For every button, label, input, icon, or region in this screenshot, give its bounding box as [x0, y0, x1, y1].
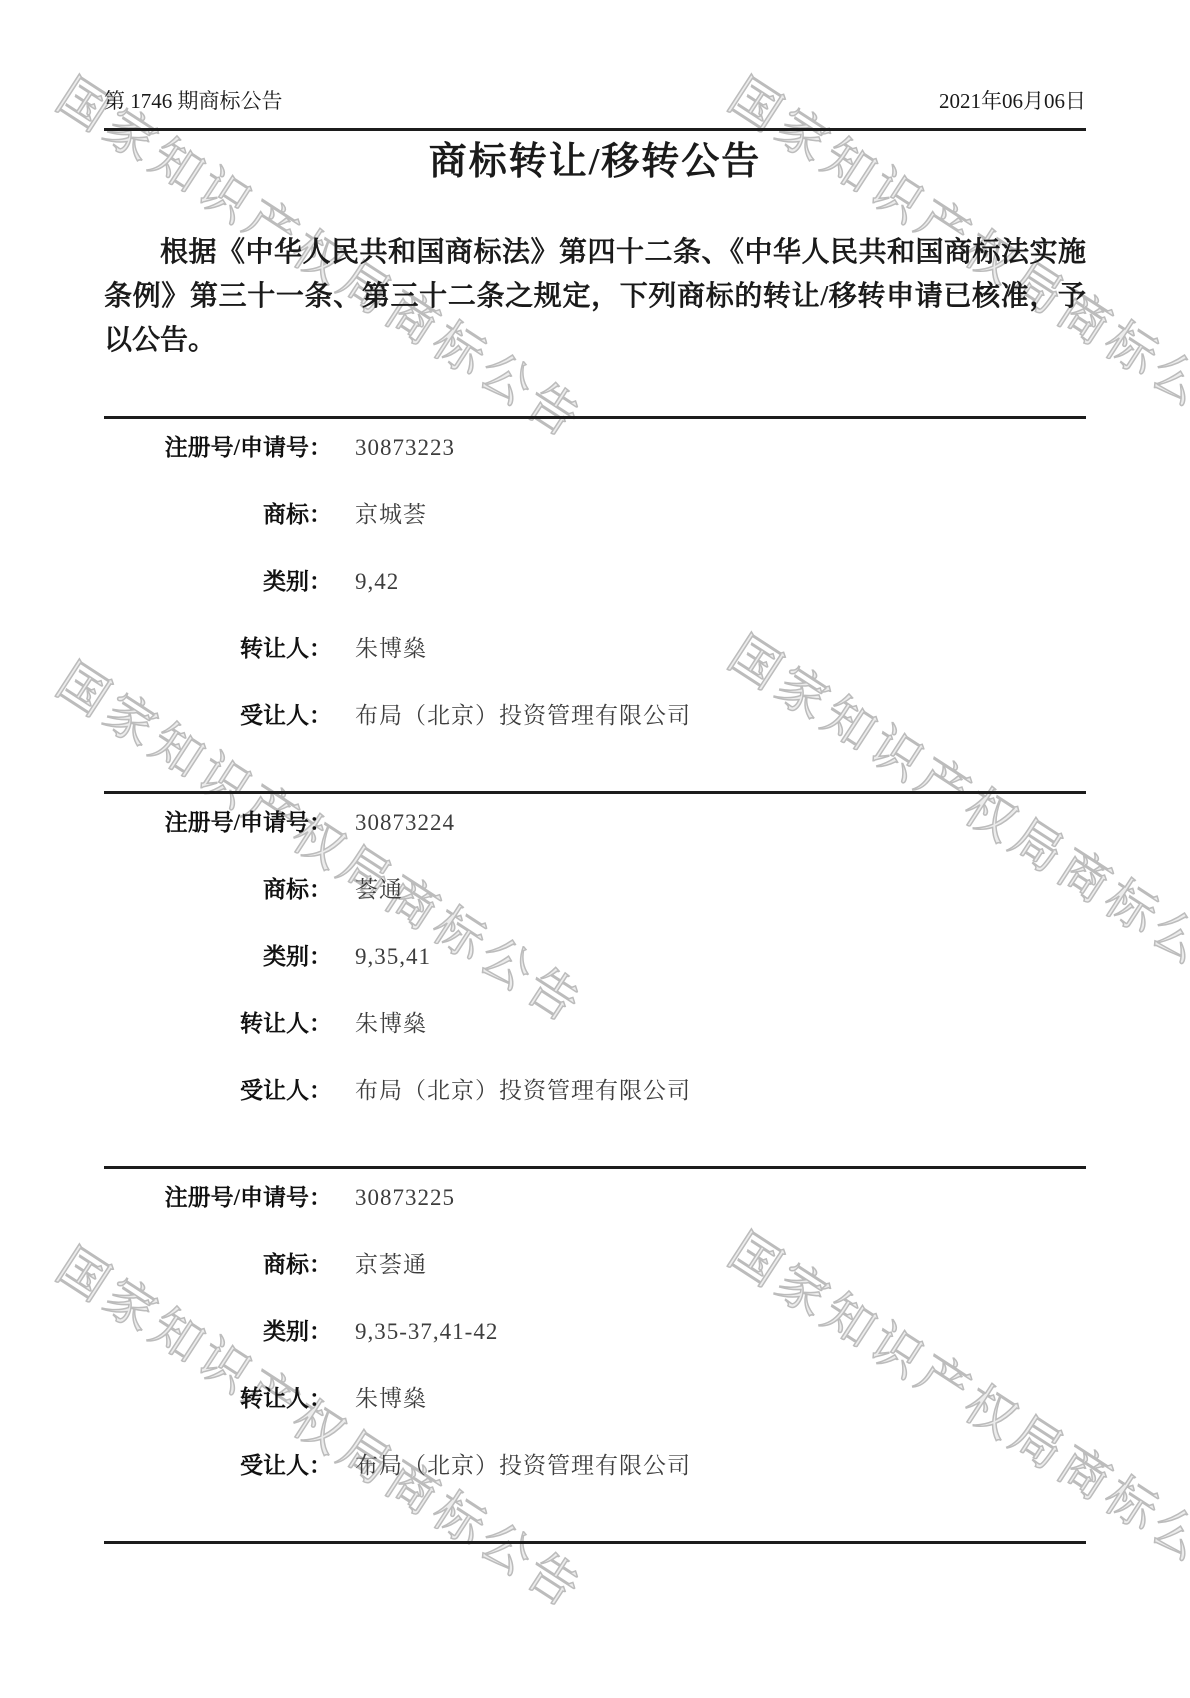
assignor-row: 转让人： 朱博燊 [104, 1387, 1086, 1411]
reg-no-row: 注册号/申请号： 30873224 [104, 811, 1086, 835]
reg-no-row: 注册号/申请号： 30873225 [104, 1186, 1086, 1210]
class-label: 类别： [104, 945, 332, 969]
class-value: 9,35-37,41-42 [355, 1320, 498, 1344]
header-divider [104, 128, 1086, 131]
assignee-value: 布局（北京）投资管理有限公司 [355, 704, 691, 728]
assignor-value: 朱博燊 [355, 1012, 427, 1036]
trademark-value: 荟通 [355, 878, 403, 902]
class-label: 类别： [104, 570, 332, 594]
record-2: 注册号/申请号： 30873224 商标： 荟通 类别： 9,35,41 转让人… [104, 791, 1086, 1166]
page-content: 第 1746 期商标公告 2021年06月06日 商标转让/移转公告 根据《中华… [104, 0, 1086, 1544]
trademark-value: 京城荟 [355, 503, 427, 527]
assignor-value: 朱博燊 [355, 637, 427, 661]
class-label: 类别： [104, 1320, 332, 1344]
reg-no-value: 30873225 [355, 1186, 455, 1210]
assignee-value: 布局（北京）投资管理有限公司 [355, 1454, 691, 1478]
assignee-row: 受让人： 布局（北京）投资管理有限公司 [104, 704, 1086, 728]
class-value: 9,35,41 [355, 945, 431, 969]
assignor-label: 转让人： [104, 1387, 332, 1411]
assignor-row: 转让人： 朱博燊 [104, 1012, 1086, 1036]
assignor-value: 朱博燊 [355, 1387, 427, 1411]
trademark-label: 商标： [104, 878, 332, 902]
issue-label: 第 1746 期商标公告 [104, 88, 283, 114]
publication-date: 2021年06月06日 [939, 88, 1086, 114]
page-title: 商标转让/移转公告 [104, 139, 1086, 185]
intro-paragraph: 根据《中华人民共和国商标法》第四十二条、《中华人民共和国商标法实施条例》第三十一… [104, 231, 1086, 363]
trademark-row: 商标： 荟通 [104, 878, 1086, 902]
class-row: 类别： 9,35,41 [104, 945, 1086, 969]
assignor-row: 转让人： 朱博燊 [104, 637, 1086, 661]
assignor-label: 转让人： [104, 637, 332, 661]
class-row: 类别： 9,42 [104, 570, 1086, 594]
assignee-value: 布局（北京）投资管理有限公司 [355, 1079, 691, 1103]
assignee-label: 受让人： [104, 1079, 332, 1103]
assignee-label: 受让人： [104, 704, 332, 728]
reg-no-row: 注册号/申请号： 30873223 [104, 436, 1086, 460]
reg-no-label: 注册号/申请号： [104, 1186, 332, 1210]
assignee-label: 受让人： [104, 1454, 332, 1478]
class-row: 类别： 9,35-37,41-42 [104, 1320, 1086, 1344]
page-header: 第 1746 期商标公告 2021年06月06日 [104, 0, 1086, 114]
reg-no-label: 注册号/申请号： [104, 811, 332, 835]
assignee-row: 受让人： 布局（北京）投资管理有限公司 [104, 1079, 1086, 1103]
reg-no-value: 30873223 [355, 436, 455, 460]
trademark-value: 京荟通 [355, 1253, 427, 1277]
records-list: 注册号/申请号： 30873223 商标： 京城荟 类别： 9,42 转让人： … [104, 416, 1086, 1544]
trademark-label: 商标： [104, 1253, 332, 1277]
trademark-row: 商标： 京荟通 [104, 1253, 1086, 1277]
record-1: 注册号/申请号： 30873223 商标： 京城荟 类别： 9,42 转让人： … [104, 416, 1086, 791]
assignor-label: 转让人： [104, 1012, 332, 1036]
record-3: 注册号/申请号： 30873225 商标： 京荟通 类别： 9,35-37,41… [104, 1166, 1086, 1541]
reg-no-value: 30873224 [355, 811, 455, 835]
trademark-row: 商标： 京城荟 [104, 503, 1086, 527]
reg-no-label: 注册号/申请号： [104, 436, 332, 460]
trademark-label: 商标： [104, 503, 332, 527]
assignee-row: 受让人： 布局（北京）投资管理有限公司 [104, 1454, 1086, 1478]
class-value: 9,42 [355, 570, 399, 594]
gazette-page: 国家知识产权局商标公告 国家知识产权局商标公告 国家知识产权局商标公告 国家知识… [0, 0, 1190, 1698]
